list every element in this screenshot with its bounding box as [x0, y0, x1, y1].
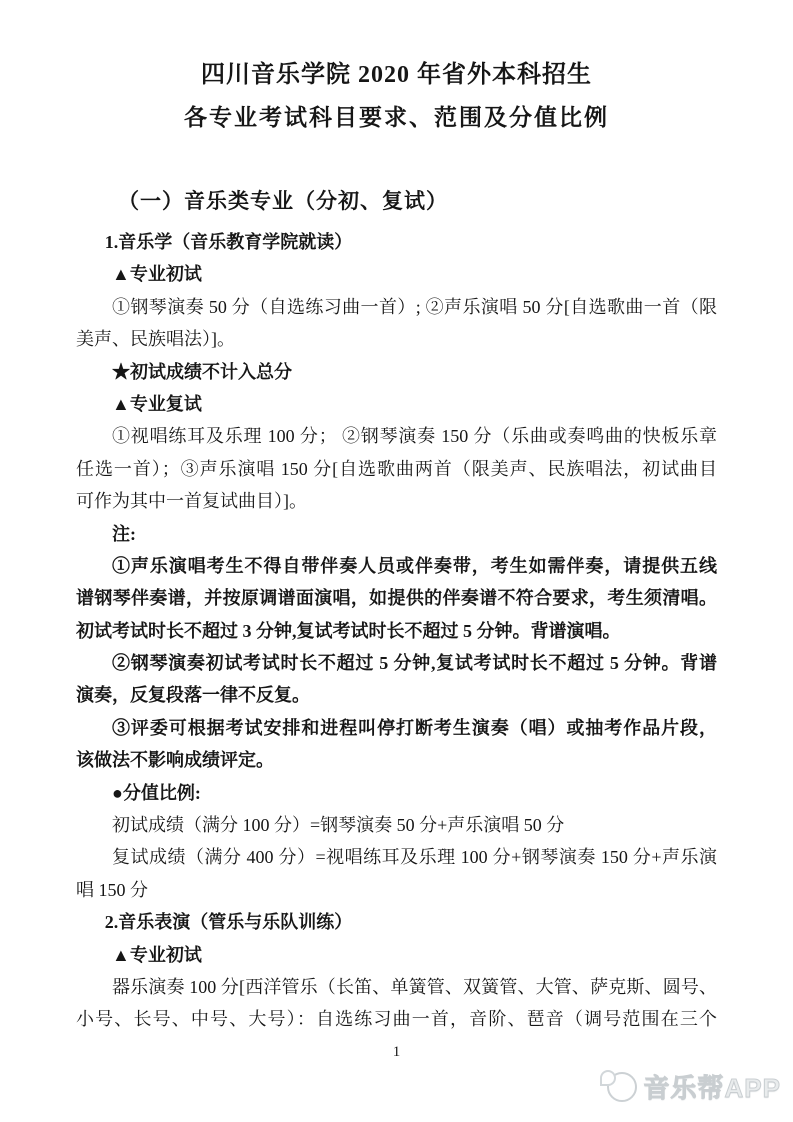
heading-major-2: 2.音乐表演（管乐与乐队训练） [76, 906, 717, 938]
page-number: 1 [76, 1042, 717, 1062]
doc-line: ①钢琴演奏 50 分（自选练习曲一首）; ②声乐演唱 50 分[自选歌曲一首（限 [76, 291, 717, 323]
music-app-logo-icon [607, 1072, 637, 1102]
heading-initial-exam: ▲专业初试 [76, 939, 717, 971]
heading-retest-exam: ▲专业复试 [76, 388, 717, 420]
heading-major-1: 1.音乐学（音乐教育学院就读） [76, 226, 717, 258]
logo-ear-shape [600, 1070, 616, 1086]
score-ratio-label: ●分值比例: [76, 777, 717, 809]
doc-line-note-star: ★初试成绩不计入总分 [76, 356, 717, 388]
doc-line: 可作为其中一首复试曲目）]。 [76, 485, 717, 517]
doc-line: ①声乐演唱考生不得自带伴奏人员或伴奏带，考生如需伴奏，请提供五线 [76, 550, 717, 582]
doc-line: ③评委可根据考试安排和进程叫停打断考生演奏（唱）或抽考作品片段， [76, 712, 717, 744]
doc-line: 小号、长号、中号、大号）：自选练习曲一首，音阶、琶音（调号范围在三个 [76, 1003, 717, 1035]
doc-line: 谱钢琴伴奏谱，并按原调谱面演唱，如提供的伴奏谱不符合要求，考生须清唱。 [76, 582, 717, 614]
heading-initial-exam: ▲专业初试 [76, 258, 717, 290]
doc-line: 初试考试时长不超过 3 分钟,复试考试时长不超过 5 分钟。背谱演唱。 [76, 615, 717, 647]
doc-line: 器乐演奏 100 分[西洋管乐（长笛、单簧管、双簧管、大管、萨克斯、圆号、 [76, 971, 717, 1003]
document-body: 1.音乐学（音乐教育学院就读） ▲专业初试 ①钢琴演奏 50 分（自选练习曲一首… [76, 226, 717, 1036]
doc-line: ②钢琴演奏初试考试时长不超过 5 分钟,复试考试时长不超过 5 分钟。背谱 [76, 647, 717, 679]
doc-line: 该做法不影响成绩评定。 [76, 744, 717, 776]
document-page: 四川音乐学院 2020 年省外本科招生 各专业考试科目要求、范围及分值比例 （一… [0, 0, 793, 1122]
page-title: 四川音乐学院 2020 年省外本科招生 [76, 56, 717, 94]
watermark: 音乐帮APP [607, 1068, 781, 1105]
doc-line: 任选一首）；③声乐演唱 150 分[自选歌曲两首（限美声、民族唱法，初试曲目 [76, 453, 717, 485]
notes-label: 注: [76, 518, 717, 550]
section-heading: （一）音乐类专业（分初、复试） [76, 184, 717, 218]
doc-line: 演奏，反复段落一律不反复。 [76, 679, 717, 711]
doc-line: 美声、民族唱法）]。 [76, 323, 717, 355]
doc-line: 唱 150 分 [76, 874, 717, 906]
doc-line: ①视唱练耳及乐理 100 分； ②钢琴演奏 150 分（乐曲或奏鸣曲的快板乐章 [76, 420, 717, 452]
watermark-text: 音乐帮APP [644, 1068, 781, 1105]
page-subtitle: 各专业考试科目要求、范围及分值比例 [76, 100, 717, 136]
doc-line: 复试成绩（满分 400 分）=视唱练耳及乐理 100 分+钢琴演奏 150 分+… [76, 841, 717, 873]
doc-line: 初试成绩（满分 100 分）=钢琴演奏 50 分+声乐演唱 50 分 [76, 809, 717, 841]
